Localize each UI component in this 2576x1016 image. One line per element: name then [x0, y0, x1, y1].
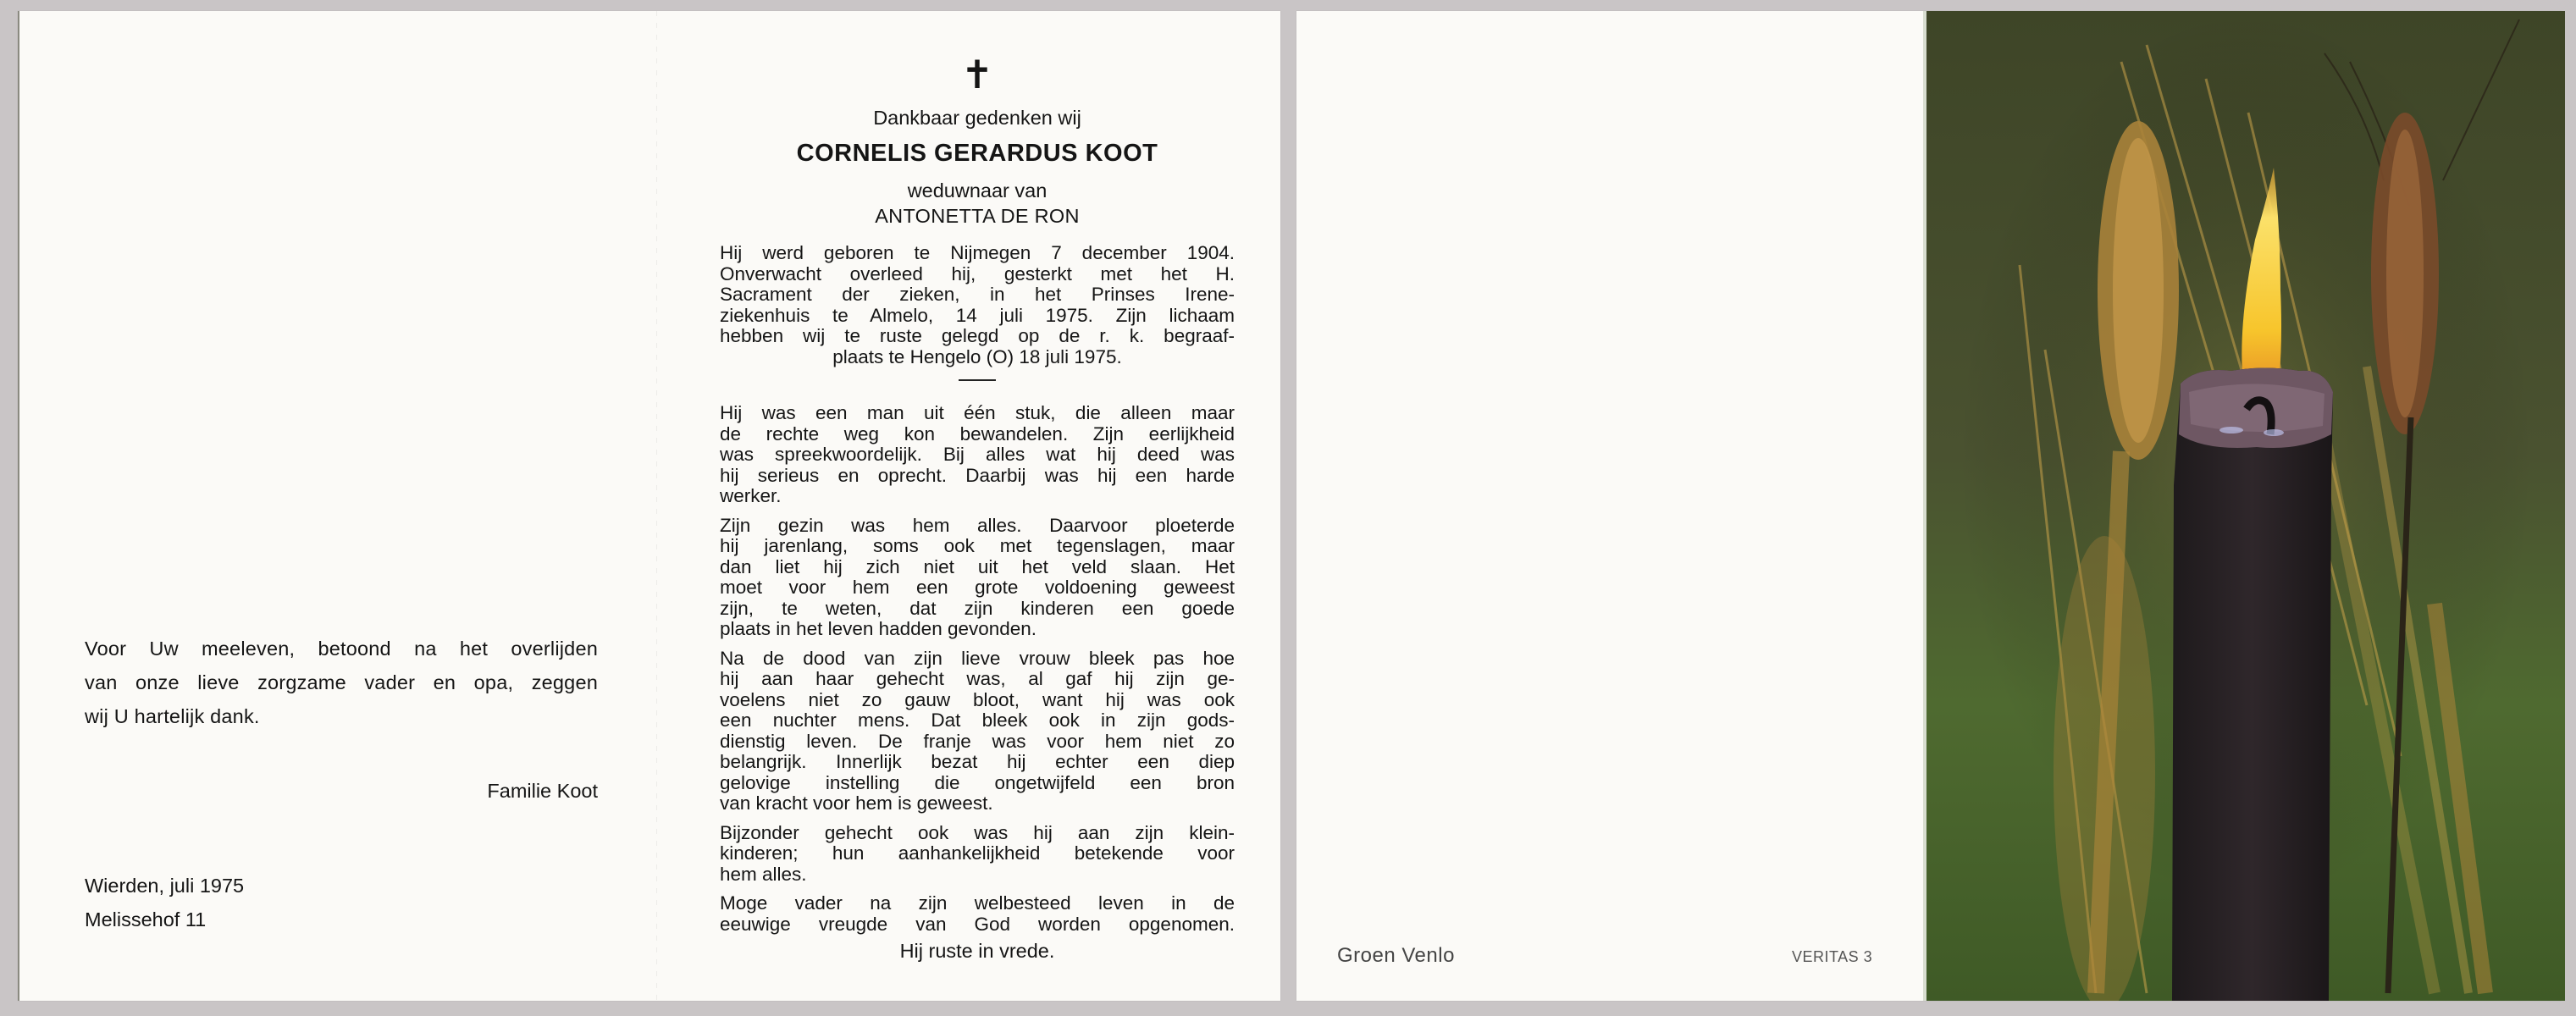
deceased-name: CORNELIS GERARDUS KOOT	[720, 140, 1235, 168]
address: Melissehof 11	[85, 903, 244, 936]
eulogy-line: hem alles.	[720, 864, 1235, 886]
thanks-line: Voor Uw meeleven, betoond na het overlij…	[85, 632, 598, 665]
bio-line: Sacrament der zieken, in het Prinses Ire…	[720, 284, 1235, 306]
eulogy-line: plaats in het leven hadden gevonden.	[720, 619, 1235, 640]
thanks-line: wij U hartelijk dank.	[85, 699, 598, 733]
cross-icon: ✝	[720, 58, 1235, 91]
spouse-name: ANTONETTA DE RON	[720, 205, 1235, 228]
divider	[959, 379, 996, 381]
eulogy-paragraph: Hij was een man uit één stuk, die alleen…	[720, 403, 1235, 507]
bio-line: Hij werd geboren te Nijmegen 7 december …	[720, 243, 1235, 264]
eulogy-line: dienstig leven. De franje was voor hem n…	[720, 732, 1235, 753]
candle-photo	[1923, 11, 2565, 1001]
series-label: VERITAS 3	[1792, 948, 1872, 966]
eulogy-paragraph: Bijzonder gehecht ook was hij aan zijn k…	[720, 823, 1235, 886]
relation-line: weduwnaar van	[720, 179, 1235, 202]
place-date: Wierden, juli 1975	[85, 869, 244, 903]
memorial-card-outside: Groen Venlo VERITAS 3	[1296, 11, 2562, 1001]
eulogy-line: hij aan haar gehecht was, al gaf hij zij…	[720, 669, 1235, 690]
eulogy-line: de rechte weg kon bewandelen. Zijn eerli…	[720, 424, 1235, 445]
eulogy-line: een nuchter mens. Dat bleek ook in zijn …	[720, 710, 1235, 732]
thanks-message: Voor Uw meeleven, betoond na het overlij…	[85, 632, 598, 733]
bio-line: ziekenhuis te Almelo, 14 juli 1975. Zijn…	[720, 306, 1235, 327]
eulogy-line: gelovige instelling die ongetwijfeld een…	[720, 773, 1235, 794]
eulogy-line: dan liet hij zich niet uit het veld slaa…	[720, 557, 1235, 578]
eulogy-line: hij serieus en oprecht. Daarbij was hij …	[720, 466, 1235, 487]
eulogy-line: belangrijk. Innerlijk bezat hij echter e…	[720, 752, 1235, 773]
candle-wheat-image	[1926, 11, 2565, 1001]
thanks-line: van onze lieve zorgzame vader en opa, ze…	[85, 665, 598, 699]
bio-line: Onverwacht overleed hij, gesterkt met he…	[720, 264, 1235, 285]
memorial-card-inside: Voor Uw meeleven, betoond na het overlij…	[18, 11, 1280, 1001]
intro-line: Dankbaar gedenken wij	[720, 107, 1235, 130]
eulogy-line: kinderen; hun aanhankelijkheid betekende…	[720, 843, 1235, 864]
obituary-text: ✝ Dankbaar gedenken wij CORNELIS GERARDU…	[720, 58, 1235, 963]
publisher-label: Groen Venlo	[1337, 944, 1455, 968]
eulogy-line: hij jarenlang, soms ook met tegenslagen,…	[720, 536, 1235, 557]
fold-line	[656, 11, 657, 1001]
eulogy-line: voelens niet zo gauw bloot, want hij was…	[720, 690, 1235, 711]
eulogy-line: was spreekwoordelijk. Bij alles wat hij …	[720, 444, 1235, 466]
eulogy-line: werker.	[720, 486, 1235, 507]
place-and-address: Wierden, juli 1975 Melissehof 11	[85, 869, 244, 936]
eulogy-paragraph: Na de dood van zijn lieve vrouw bleek pa…	[720, 649, 1235, 814]
eulogy-line: Na de dood van zijn lieve vrouw bleek pa…	[720, 649, 1235, 670]
signature: Familie Koot	[487, 780, 598, 803]
eulogy-line: moet voor hem een grote voldoening gewee…	[720, 577, 1235, 599]
bio-line: hebben wij te ruste gelegd op de r. k. b…	[720, 326, 1235, 347]
eulogy-line: Moge vader na zijn welbesteed leven in d…	[720, 893, 1235, 914]
eulogy-line: van kracht voor hem is geweest.	[720, 793, 1235, 814]
eulogy-paragraph: Zijn gezin was hem alles. Daarvoor ploet…	[720, 516, 1235, 640]
eulogy-line: Hij was een man uit één stuk, die alleen…	[720, 403, 1235, 424]
eulogy-paragraph: Moge vader na zijn welbesteed leven in d…	[720, 893, 1235, 935]
eulogy-line: Zijn gezin was hem alles. Daarvoor ploet…	[720, 516, 1235, 537]
eulogy-paragraphs: Hij was een man uit één stuk, die alleen…	[720, 403, 1235, 935]
eulogy-line: zijn, te weten, dat zijn kinderen een go…	[720, 599, 1235, 620]
biography-block: Hij werd geboren te Nijmegen 7 december …	[720, 243, 1235, 367]
bio-line: plaats te Hengelo (O) 18 juli 1975.	[720, 347, 1235, 368]
eulogy-line: Bijzonder gehecht ook was hij aan zijn k…	[720, 823, 1235, 844]
eulogy-line: eeuwige vreugde van God worden opgenomen…	[720, 914, 1235, 936]
closing-line: Hij ruste in vrede.	[720, 940, 1235, 963]
